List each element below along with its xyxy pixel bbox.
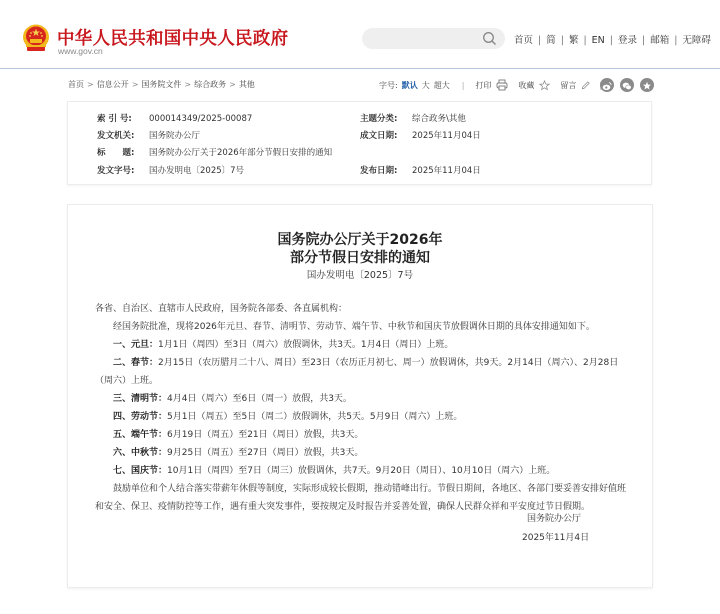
meta-publish-date: 发布日期:2025年11月04日 bbox=[360, 164, 481, 176]
favorite-button[interactable]: 收藏 bbox=[518, 80, 550, 91]
holiday-item-spring-festival: 二、春节：2月15日（农历腊月二十八、周日）至23日（农历正月初七、周一）放假调… bbox=[95, 354, 628, 390]
page-tools: 字号: 默认 大 超大 | 打印 收藏 留言 | bbox=[379, 79, 602, 91]
nav-home[interactable]: 首页 bbox=[514, 35, 533, 46]
meta-date-written-label: 成文日期: bbox=[360, 129, 412, 141]
article-content: 国务院办公厅关于2026年 部分节假日安排的通知 国办发明电〔2025〕7号 各… bbox=[67, 204, 653, 588]
breadcrumb-separator: > bbox=[184, 80, 191, 89]
breadcrumb-other[interactable]: 其他 bbox=[239, 80, 255, 89]
intro-paragraph: 经国务院批准，现将2026年元旦、春节、清明节、劳动节、端午节、中秋节和国庆节放… bbox=[95, 318, 628, 336]
printer-icon bbox=[496, 79, 508, 91]
holiday-item-national-day: 七、国庆节：10月1日（周四）至7日（周三）放假调休，共7天。9月20日（周日）… bbox=[95, 462, 628, 480]
star-icon bbox=[539, 80, 550, 91]
site-url: www.gov.cn bbox=[58, 46, 103, 56]
meta-title: 标 题:国务院办公厅关于2026年部分节假日安排的通知 bbox=[97, 146, 332, 158]
signature: 国务院办公厅 bbox=[527, 511, 581, 524]
holiday-text: 6月19日（周五）至21日（周日）放假，共3天。 bbox=[167, 430, 363, 440]
font-size-xlarge[interactable]: 超大 bbox=[434, 80, 450, 91]
article-title-line1: 国务院办公厅关于2026年 bbox=[68, 229, 652, 249]
comment-label: 留言 bbox=[560, 80, 576, 91]
national-emblem-icon[interactable] bbox=[22, 24, 50, 54]
meta-topic-value: 综合政务\其他 bbox=[412, 114, 466, 124]
meta-date-written: 成文日期:2025年11月04日 bbox=[360, 129, 481, 141]
breadcrumb-separator: > bbox=[132, 80, 139, 89]
holiday-label: 四、劳动节： bbox=[113, 412, 167, 422]
nav-accessibility[interactable]: 无障碍 bbox=[682, 35, 711, 46]
search-icon[interactable] bbox=[482, 31, 497, 46]
comment-button[interactable]: 留言 bbox=[560, 80, 591, 91]
nav-mail[interactable]: 邮箱 bbox=[650, 35, 669, 46]
site-header: 中华人民共和国中央人民政府 www.gov.cn 首页|简|繁|EN|登录|邮箱… bbox=[0, 0, 720, 69]
holiday-text: 9月25日（周五）至27日（周日）放假，共3天。 bbox=[167, 448, 363, 458]
meta-issuer-label: 发文机关: bbox=[97, 129, 149, 141]
meta-issuer: 发文机关:国务院办公厅 bbox=[97, 129, 200, 141]
nav-login[interactable]: 登录 bbox=[618, 35, 637, 46]
nav-separator: | bbox=[583, 35, 586, 46]
nav-separator: | bbox=[610, 35, 613, 46]
tools-divider: | bbox=[462, 81, 465, 90]
print-button[interactable]: 打印 bbox=[475, 79, 508, 91]
signature-date: 2025年11月4日 bbox=[522, 530, 589, 543]
salutation: 各省、自治区、直辖市人民政府，国务院各部委、各直属机构： bbox=[95, 300, 628, 318]
wechat-share-icon[interactable] bbox=[620, 78, 634, 92]
qzone-share-icon[interactable] bbox=[640, 78, 654, 92]
font-size-label: 字号: bbox=[379, 80, 398, 91]
holiday-label: 二、春节： bbox=[113, 358, 158, 368]
holiday-item-dragon-boat: 五、端午节：6月19日（周五）至21日（周日）放假，共3天。 bbox=[95, 426, 628, 444]
breadcrumb-general-affairs[interactable]: 综合政务 bbox=[194, 80, 226, 89]
search-input[interactable] bbox=[362, 28, 505, 49]
holiday-item-mid-autumn: 六、中秋节：9月25日（周五）至27日（周日）放假，共3天。 bbox=[95, 444, 628, 462]
holiday-text: 1月1日（周四）至3日（周六）放假调休，共3天。1月4日（周日）上班。 bbox=[158, 340, 453, 350]
holiday-label: 七、国庆节： bbox=[113, 466, 167, 476]
breadcrumb-info-public[interactable]: 信息公开 bbox=[97, 80, 129, 89]
pencil-icon bbox=[580, 80, 591, 91]
nav-simplified[interactable]: 简 bbox=[546, 35, 556, 46]
favorite-label: 收藏 bbox=[518, 80, 534, 91]
article-title-line2: 部分节假日安排的通知 bbox=[68, 247, 652, 267]
nav-separator: | bbox=[538, 35, 541, 46]
holiday-item-qingming: 三、清明节：4月4日（周六）至6日（周一）放假，共3天。 bbox=[95, 390, 628, 408]
meta-docno-label: 发文字号: bbox=[97, 164, 149, 176]
nav-traditional[interactable]: 繁 bbox=[569, 35, 579, 46]
meta-topic-label: 主题分类: bbox=[360, 112, 412, 124]
breadcrumb: 首页>信息公开>国务院文件>综合政务>其他 bbox=[68, 79, 255, 90]
weibo-share-icon[interactable] bbox=[600, 78, 614, 92]
font-size-default[interactable]: 默认 bbox=[402, 80, 418, 91]
holiday-label: 三、清明节： bbox=[113, 394, 167, 404]
meta-publish-date-value: 2025年11月04日 bbox=[412, 166, 481, 176]
meta-index-label: 索 引 号: bbox=[97, 112, 149, 124]
meta-publish-date-label: 发布日期: bbox=[360, 164, 412, 176]
print-label: 打印 bbox=[475, 80, 491, 91]
nav-separator: | bbox=[642, 35, 645, 46]
article-doc-number: 国办发明电〔2025〕7号 bbox=[68, 267, 652, 281]
holiday-label: 五、端午节： bbox=[113, 430, 167, 440]
top-nav: 首页|简|繁|EN|登录|邮箱|无障碍 bbox=[514, 32, 711, 46]
meta-issuer-value: 国务院办公厅 bbox=[149, 131, 200, 141]
meta-title-label: 标 题: bbox=[97, 146, 149, 158]
holiday-text: 4月4日（周六）至6日（周一）放假，共3天。 bbox=[167, 394, 352, 404]
breadcrumb-separator: > bbox=[229, 80, 236, 89]
holiday-text: 2月15日（农历腊月二十八、周日）至23日（农历正月初七、周一）放假调休，共9天… bbox=[95, 358, 618, 386]
meta-docno: 发文字号:国办发明电〔2025〕7号 bbox=[97, 164, 244, 176]
meta-date-written-value: 2025年11月04日 bbox=[412, 131, 481, 141]
font-size-large[interactable]: 大 bbox=[422, 80, 430, 91]
document-metadata: 索 引 号:000014349/2025-00087 主题分类:综合政务\其他 … bbox=[67, 101, 652, 185]
breadcrumb-state-council-docs[interactable]: 国务院文件 bbox=[141, 80, 181, 89]
holiday-label: 六、中秋节： bbox=[113, 448, 167, 458]
breadcrumb-separator: > bbox=[87, 80, 94, 89]
holiday-item-labor-day: 四、劳动节：5月1日（周五）至5日（周二）放假调休，共5天。5月9日（周六）上班… bbox=[95, 408, 628, 426]
meta-docno-value: 国办发明电〔2025〕7号 bbox=[149, 166, 244, 176]
breadcrumb-home[interactable]: 首页 bbox=[68, 80, 84, 89]
holiday-text: 10月1日（周四）至7日（周三）放假调休，共7天。9月20日（周日）、10月10… bbox=[167, 466, 555, 476]
article-body: 各省、自治区、直辖市人民政府，国务院各部委、各直属机构： 经国务院批准，现将20… bbox=[95, 300, 628, 516]
meta-topic: 主题分类:综合政务\其他 bbox=[360, 112, 466, 124]
meta-index-value: 000014349/2025-00087 bbox=[149, 114, 252, 124]
nav-separator: | bbox=[674, 35, 677, 46]
nav-separator: | bbox=[561, 35, 564, 46]
meta-title-value: 国务院办公厅关于2026年部分节假日安排的通知 bbox=[149, 148, 332, 158]
nav-english[interactable]: EN bbox=[592, 35, 605, 46]
holiday-label: 一、元旦： bbox=[113, 340, 158, 350]
holiday-text: 5月1日（周五）至5日（周二）放假调休，共5天。5月9日（周六）上班。 bbox=[167, 412, 462, 422]
holiday-item-new-year: 一、元旦：1月1日（周四）至3日（周六）放假调休，共3天。1月4日（周日）上班。 bbox=[95, 336, 628, 354]
meta-index: 索 引 号:000014349/2025-00087 bbox=[97, 112, 252, 124]
